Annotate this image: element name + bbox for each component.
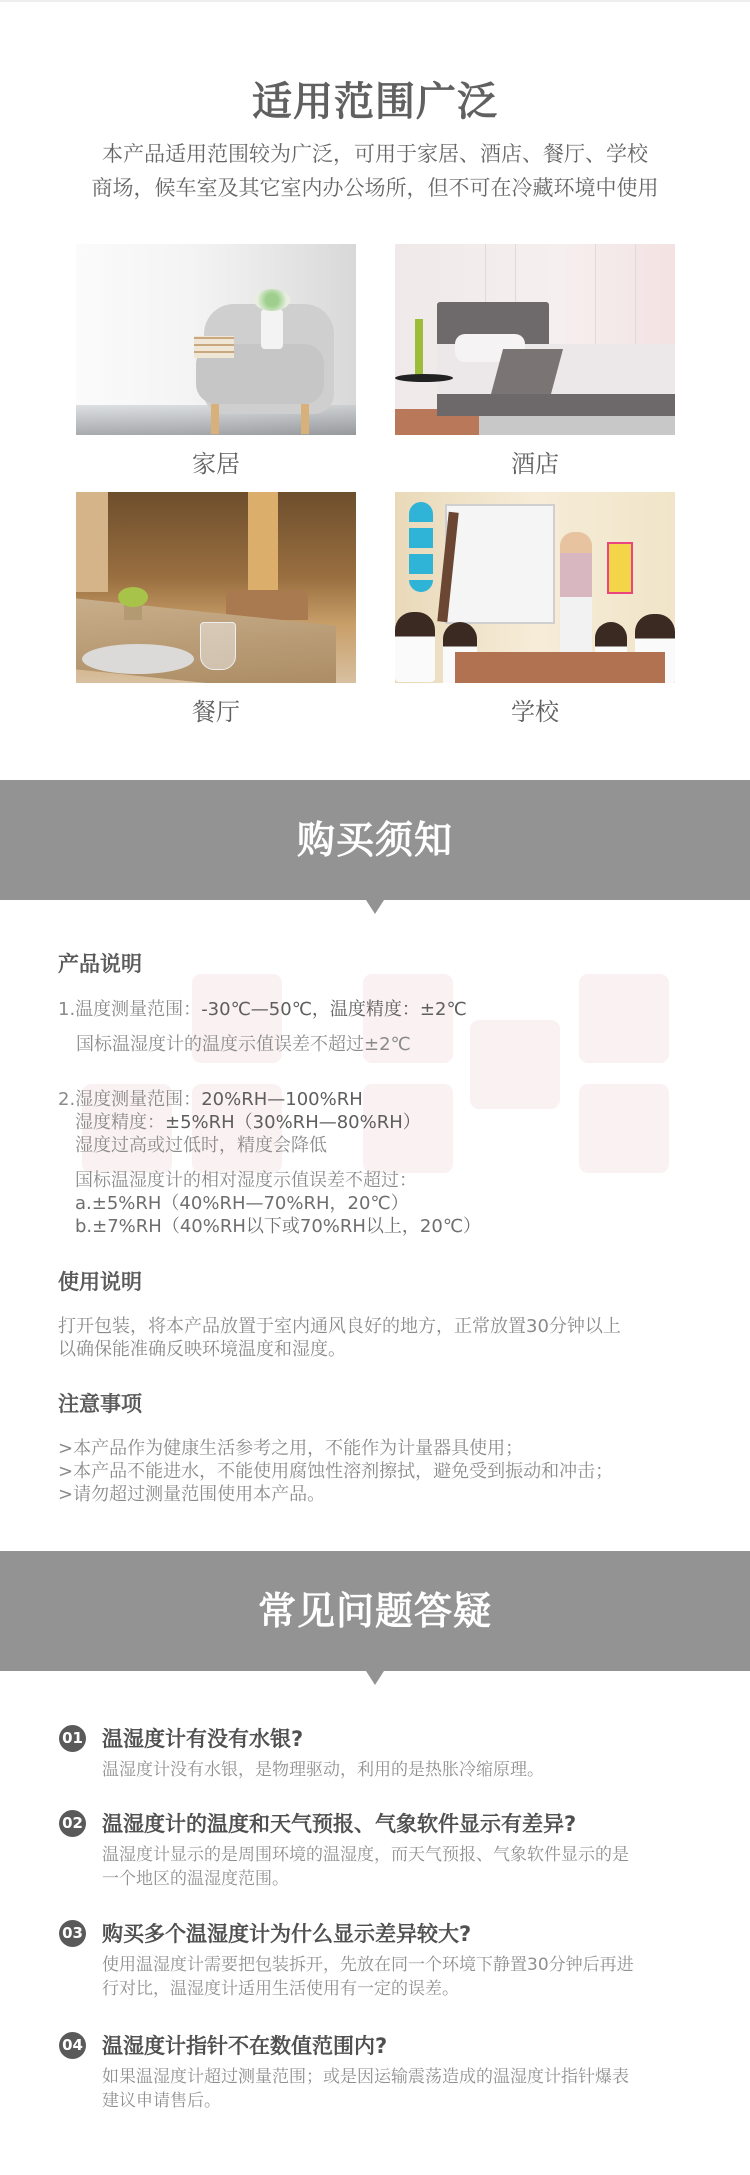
faq-question-4: 温湿度计指针不在数值范围内? (102, 2030, 387, 2060)
temp-range-label: 1.温度测量范围： (58, 999, 201, 1020)
faq-number-badge: 04 (59, 2032, 86, 2059)
faq-title: 常见问题答疑 (0, 1551, 750, 1671)
purchase-notice-title: 购买须知 (0, 780, 750, 900)
product-desc-temp-range: 1.温度测量范围：-30℃—50℃，温度精度：±2℃ (58, 995, 467, 1021)
decor-square (579, 974, 669, 1063)
humidity-range-label: 2.湿度测量范围： (58, 1089, 201, 1110)
faq-answer-3-line-2: 行对比，温湿度计适用生活使用有一定的误差。 (102, 1977, 459, 2001)
top-divider (0, 0, 750, 2)
faq-question-3: 购买多个温湿度计为什么显示差异较大? (102, 1918, 471, 1948)
faq-answer-1-line-1: 温湿度计没有水银，是物理驱动，利用的是热胀冷缩原理。 (102, 1758, 544, 1782)
faq-number-badge: 03 (59, 1920, 86, 1947)
humidity-accuracy-value: ±5%RH（30%RH—80%RH） (165, 1112, 421, 1133)
photo-label-home: 家居 (76, 444, 356, 479)
purchase-notice-banner: 购买须知 (0, 780, 750, 900)
faq-answer-2-line-2: 一个地区的温湿度范围。 (102, 1867, 289, 1891)
cautions-heading: 注意事项 (58, 1388, 142, 1418)
faq-question-1: 温湿度计有没有水银? (102, 1723, 303, 1753)
scope-title: 适用范围广泛 (0, 70, 750, 127)
faq-answer-4-line-1: 如果温湿度计超过测量范围；或是因运输震荡造成的温湿度计指针爆表 (102, 2065, 629, 2089)
photo-label-hotel: 酒店 (395, 444, 675, 479)
photo-label-restaurant: 餐厅 (76, 692, 356, 727)
product-desc-temp-standard: 国标温湿度计的温度示值误差不超过±2℃ (76, 1030, 411, 1056)
humidity-range-value: 20%RH—100%RH (201, 1089, 363, 1110)
faq-answer-4-line-2: 建议申请售后。 (102, 2089, 221, 2113)
faq-question-2: 温湿度计的温度和天气预报、气象软件显示有差异? (102, 1808, 576, 1838)
scope-intro-line-1: 本产品适用范围较为广泛，可用于家居、酒店、餐厅、学校 (0, 137, 750, 171)
photo-label-school: 学校 (395, 692, 675, 727)
photo-school (395, 492, 675, 683)
product-desc-humidity-note: 湿度过高或过低时，精度会降低 (75, 1131, 327, 1157)
faq-banner: 常见问题答疑 (0, 1551, 750, 1671)
photo-hotel (395, 244, 675, 435)
faq-answer-2-line-1: 温湿度计显示的是周围环境的温湿度，而天气预报、气象软件显示的是 (102, 1843, 629, 1867)
humidity-accuracy-label: 湿度精度： (75, 1112, 165, 1133)
decor-square (470, 1020, 560, 1109)
temp-range-value: -30℃—50℃，温度精度：±2℃ (201, 999, 466, 1020)
banner-arrow-down-icon (366, 1671, 384, 1685)
banner-arrow-down-icon (366, 900, 384, 914)
photo-restaurant (76, 492, 356, 683)
scope-intro-line-2: 商场，候车室及其它室内办公场所，但不可在冷藏环境中使用 (0, 171, 750, 205)
caution-line-3: >请勿超过测量范围使用本产品。 (58, 1480, 325, 1506)
decor-square (579, 1084, 669, 1173)
faq-number-badge: 02 (59, 1810, 86, 1837)
product-desc-humidity-standard-b: b.±7%RH（40%RH以下或70%RH以上，20℃） (75, 1212, 481, 1238)
usage-heading: 使用说明 (58, 1266, 142, 1296)
faq-answer-3-line-1: 使用温湿度计需要把包装拆开，先放在同一个环境下静置30分钟后再进 (102, 1953, 634, 1977)
photo-home (76, 244, 356, 435)
faq-number-badge: 01 (59, 1725, 86, 1752)
product-desc-heading: 产品说明 (58, 948, 142, 978)
usage-line-2: 以确保能准确反映环境温度和湿度。 (58, 1335, 346, 1361)
